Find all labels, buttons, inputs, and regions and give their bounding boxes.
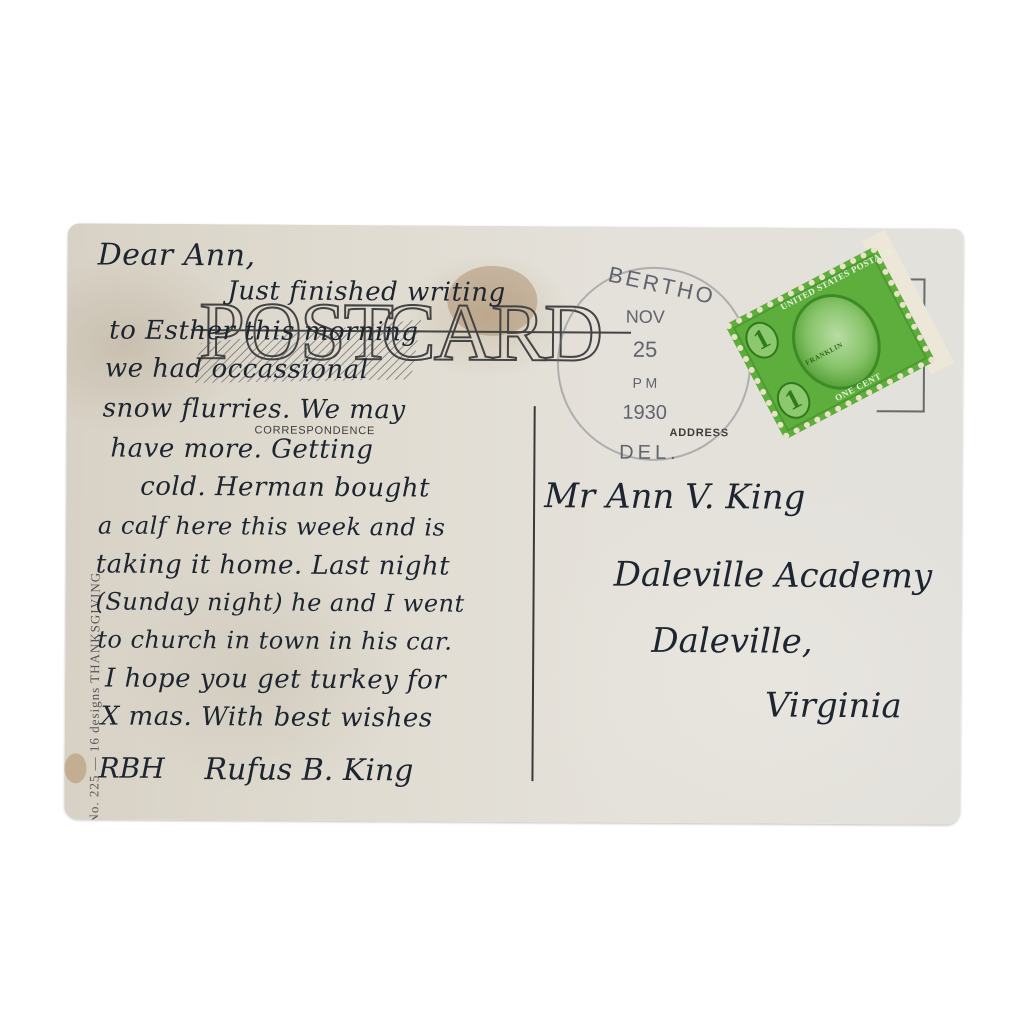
message-line: we had occassional <box>105 353 369 385</box>
message-line: to Esther this morning <box>109 316 418 348</box>
postmark-time: P M <box>615 375 675 391</box>
corner-stain <box>64 753 86 783</box>
postmark-year: 1930 <box>615 402 675 425</box>
signature: Rufus B. King <box>204 752 413 788</box>
initials: RBH <box>98 751 164 784</box>
message-line: X mas. With best wishes <box>101 701 433 733</box>
postmark-state: DEL. <box>614 442 684 465</box>
postmark-month: NOV <box>615 307 675 328</box>
postmark-day: 25 <box>615 337 675 363</box>
recipient-line-1: Daleville Academy <box>614 555 933 597</box>
message-line: taking it home. Last night <box>96 549 451 581</box>
message-line: have more. Getting <box>110 434 373 466</box>
salutation: Dear Ann, <box>98 237 256 273</box>
message-line: a calf here this week and is <box>98 511 446 541</box>
message-line: to church in town in his car. <box>97 625 452 655</box>
message-line: (Sunday night) he and I went <box>95 587 464 617</box>
message-line: I hope you get turkey for <box>105 664 446 696</box>
recipient-line-2: Daleville, <box>651 621 813 662</box>
center-divider <box>531 406 535 781</box>
message-line: cold. Herman bought <box>140 472 430 504</box>
message-line: Just finished writing <box>227 276 505 308</box>
recipient-name: Mr Ann V. King <box>544 476 805 518</box>
postcard: POST CARD POST CARD CORRESPONDENCE ADDRE… <box>64 223 964 824</box>
recipient-line-3: Virginia <box>765 686 902 727</box>
message-line: snow flurries. We may <box>103 393 406 425</box>
